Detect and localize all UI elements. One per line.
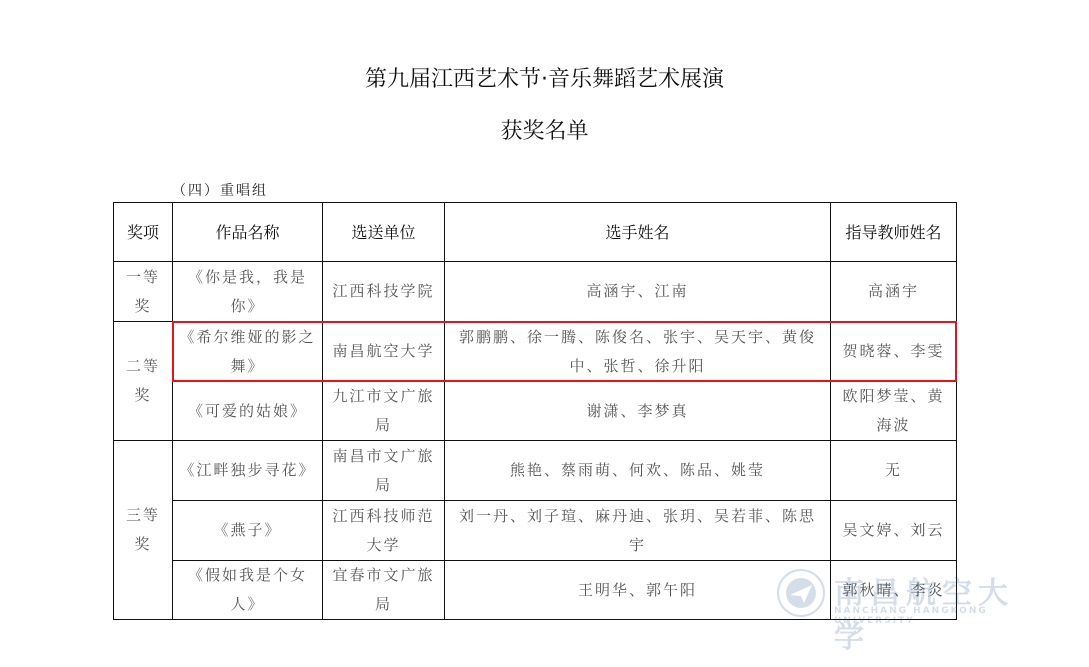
work-cell: 《燕子》 xyxy=(173,501,323,561)
document-subtitle: 获奖名单 xyxy=(0,114,1089,145)
work-cell: 《你是我，我是你》 xyxy=(173,262,323,322)
table-row: 《可爱的姑娘》 九江市文广旅局 谢潇、李梦真 欧阳梦莹、黄海波 xyxy=(114,382,957,441)
award-cell: 二等奖 xyxy=(114,322,173,441)
work-cell: 《假如我是个女人》 xyxy=(173,561,323,620)
document-title: 第九届江西艺术节·音乐舞蹈艺术展演 xyxy=(0,62,1089,93)
performers-cell: 谢潇、李梦真 xyxy=(445,382,831,441)
award-cell: 三等奖 xyxy=(114,441,173,620)
performers-cell: 刘一丹、刘子瑄、麻丹迪、张玥、吴若菲、陈思宇 xyxy=(445,501,831,561)
work-cell: 《可爱的姑娘》 xyxy=(173,382,323,441)
header-award: 奖项 xyxy=(114,203,173,262)
header-teachers: 指导教师姓名 xyxy=(831,203,957,262)
teachers-cell: 高涵宇 xyxy=(831,262,957,322)
unit-cell: 九江市文广旅局 xyxy=(323,382,445,441)
teachers-cell: 无 xyxy=(831,441,957,501)
header-work: 作品名称 xyxy=(173,203,323,262)
teachers-cell: 贺晓蓉、李雯 xyxy=(831,322,957,382)
teachers-cell: 欧阳梦莹、黄海波 xyxy=(831,382,957,441)
award-cell: 一等奖 xyxy=(114,262,173,322)
table-row: 三等奖 《江畔独步寻花》 南昌市文广旅局 熊艳、蔡雨萌、何欢、陈品、姚莹 无 xyxy=(114,441,957,501)
performers-cell: 高涵宇、江南 xyxy=(445,262,831,322)
section-label: （四）重唱组 xyxy=(172,180,268,200)
unit-cell: 江西科技师范大学 xyxy=(323,501,445,561)
unit-cell: 宜春市文广旅局 xyxy=(323,561,445,620)
awards-table: 奖项 作品名称 选送单位 选手姓名 指导教师姓名 一等奖 《你是我，我是你》 江… xyxy=(113,202,957,620)
header-performers: 选手姓名 xyxy=(445,203,831,262)
table-row: 二等奖 《希尔维娅的影之舞》 南昌航空大学 郭鹏鹏、徐一腾、陈俊名、张宇、吴天宇… xyxy=(114,322,957,382)
work-cell: 《希尔维娅的影之舞》 xyxy=(173,322,323,382)
unit-cell: 江西科技学院 xyxy=(323,262,445,322)
unit-cell: 南昌市文广旅局 xyxy=(323,441,445,501)
work-cell: 《江畔独步寻花》 xyxy=(173,441,323,501)
table-header-row: 奖项 作品名称 选送单位 选手姓名 指导教师姓名 xyxy=(114,203,957,262)
table-row: 《假如我是个女人》 宜春市文广旅局 王明华、郭午阳 郭秋晴、李炎 xyxy=(114,561,957,620)
teachers-cell: 郭秋晴、李炎 xyxy=(831,561,957,620)
teachers-cell: 吴文婷、刘云 xyxy=(831,501,957,561)
performers-cell: 王明华、郭午阳 xyxy=(445,561,831,620)
unit-cell: 南昌航空大学 xyxy=(323,322,445,382)
performers-cell: 熊艳、蔡雨萌、何欢、陈品、姚莹 xyxy=(445,441,831,501)
header-unit: 选送单位 xyxy=(323,203,445,262)
table-row: 一等奖 《你是我，我是你》 江西科技学院 高涵宇、江南 高涵宇 xyxy=(114,262,957,322)
table-row: 《燕子》 江西科技师范大学 刘一丹、刘子瑄、麻丹迪、张玥、吴若菲、陈思宇 吴文婷… xyxy=(114,501,957,561)
performers-cell: 郭鹏鹏、徐一腾、陈俊名、张宇、吴天宇、黄俊中、张哲、徐升阳 xyxy=(445,322,831,382)
